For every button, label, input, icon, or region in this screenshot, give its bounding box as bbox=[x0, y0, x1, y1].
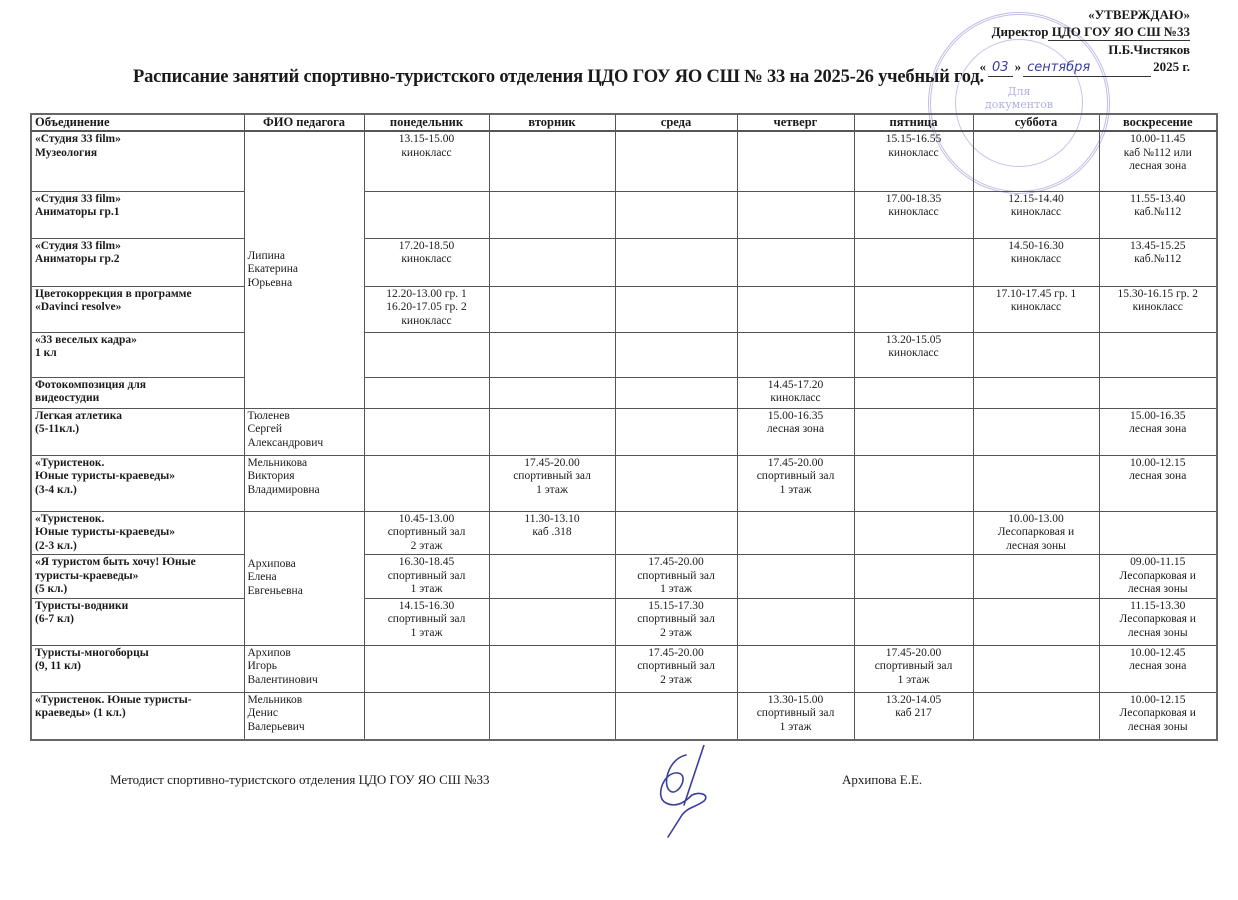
approval-heading: «УТВЕРЖДАЮ» bbox=[980, 6, 1190, 23]
table-row: «Туристенок. Юные туристы-краеведы» (2-3… bbox=[31, 511, 1217, 555]
schedule-slot-sunday bbox=[1099, 511, 1217, 555]
schedule-slot-friday: 13.20-14.05 каб 217 bbox=[854, 692, 973, 740]
schedule-slot-sunday: 11.15-13.30 Лесопарковая и лесная зоны bbox=[1099, 598, 1217, 645]
column-header-teacher: ФИО педагога bbox=[244, 114, 364, 131]
schedule-slot-wednesday bbox=[615, 511, 737, 555]
schedule-slot-sunday: 10.00-12.15 Лесопарковая и лесная зоны bbox=[1099, 692, 1217, 740]
schedule-slot-saturday: 10.00-13.00 Лесопарковая и лесная зоны bbox=[973, 511, 1099, 555]
teacher-cell: Архипов Игорь Валентинович bbox=[244, 645, 364, 692]
schedule-slot-tuesday: 11.30-13.10 каб .318 bbox=[489, 511, 615, 555]
association-cell: «Студия 33 film» Аниматоры гр.1 bbox=[31, 191, 244, 238]
schedule-slot-monday bbox=[364, 332, 489, 377]
schedule-slot-tuesday: 17.45-20.00 спортивный зал 1 этаж bbox=[489, 455, 615, 511]
schedule-slot-sunday: 15.00-16.35 лесная зона bbox=[1099, 408, 1217, 455]
teacher-cell: Тюленев Сергей Александрович bbox=[244, 408, 364, 455]
table-row: «Студия 33 film» МузеологияЛипина Екатер… bbox=[31, 131, 1217, 191]
schedule-slot-thursday: 14.45-17.20 кинокласс bbox=[737, 377, 854, 408]
schedule-slot-thursday: 13.30-15.00 спортивный зал 1 этаж bbox=[737, 692, 854, 740]
schedule-slot-sunday: 10.00-11.45 каб №112 или лесная зона bbox=[1099, 131, 1217, 191]
schedule-slot-friday: 17.00-18.35 кинокласс bbox=[854, 191, 973, 238]
schedule-slot-tuesday bbox=[489, 555, 615, 599]
schedule-slot-saturday: 12.15-14.40 кинокласс bbox=[973, 191, 1099, 238]
association-cell: «Туристенок. Юные туристы-краеведы» (3-4… bbox=[31, 455, 244, 511]
schedule-slot-monday bbox=[364, 191, 489, 238]
schedule-slot-thursday bbox=[737, 238, 854, 286]
schedule-slot-sunday bbox=[1099, 332, 1217, 377]
schedule-slot-tuesday bbox=[489, 191, 615, 238]
schedule-slot-monday: 16.30-18.45 спортивный зал 1 этаж bbox=[364, 555, 489, 599]
schedule-slot-friday bbox=[854, 408, 973, 455]
column-header-tuesday: вторник bbox=[489, 114, 615, 131]
approval-block: «УТВЕРЖДАЮ» Директор ЦДО ГОУ ЯО СШ №33 П… bbox=[980, 6, 1190, 77]
column-header-association: Объединение bbox=[31, 114, 244, 131]
schedule-slot-saturday bbox=[973, 455, 1099, 511]
schedule-slot-sunday: 10.00-12.45 лесная зона bbox=[1099, 645, 1217, 692]
approval-position: Директор ЦДО ГОУ ЯО СШ №33 bbox=[980, 23, 1190, 40]
schedule-slot-thursday bbox=[737, 332, 854, 377]
schedule-slot-thursday bbox=[737, 598, 854, 645]
schedule-slot-wednesday bbox=[615, 692, 737, 740]
footer-methodist: Методист спортивно-туристского отделения… bbox=[110, 772, 490, 788]
column-header-sunday: воскресение bbox=[1099, 114, 1217, 131]
schedule-slot-sunday bbox=[1099, 377, 1217, 408]
schedule-slot-wednesday bbox=[615, 455, 737, 511]
stamp-center-text: Для документов bbox=[931, 85, 1107, 111]
schedule-slot-saturday bbox=[973, 408, 1099, 455]
schedule-slot-saturday: 17.10-17.45 гр. 1 кинокласс bbox=[973, 286, 1099, 332]
schedule-slot-thursday bbox=[737, 645, 854, 692]
date-close-quote: » bbox=[1015, 58, 1022, 75]
table-body: «Студия 33 film» МузеологияЛипина Екатер… bbox=[31, 131, 1217, 740]
schedule-slot-saturday bbox=[973, 377, 1099, 408]
table-row: «Студия 33 film» Аниматоры гр.117.00-18.… bbox=[31, 191, 1217, 238]
schedule-slot-tuesday bbox=[489, 377, 615, 408]
schedule-slot-friday: 15.15-16.55 кинокласс bbox=[854, 131, 973, 191]
teacher-cell: Архипова Елена Евгеньевна bbox=[244, 511, 364, 645]
association-cell: Цветокоррекция в программе «Davinci reso… bbox=[31, 286, 244, 332]
schedule-slot-monday bbox=[364, 408, 489, 455]
association-cell: «Студия 33 film» Музеология bbox=[31, 131, 244, 191]
schedule-slot-monday: 13.15-15.00 кинокласс bbox=[364, 131, 489, 191]
schedule-slot-wednesday: 17.45-20.00 спортивный зал 2 этаж bbox=[615, 645, 737, 692]
signature-icon bbox=[648, 745, 728, 840]
schedule-slot-tuesday bbox=[489, 645, 615, 692]
schedule-slot-tuesday bbox=[489, 332, 615, 377]
schedule-slot-monday bbox=[364, 455, 489, 511]
schedule-slot-wednesday bbox=[615, 332, 737, 377]
schedule-slot-thursday bbox=[737, 191, 854, 238]
schedule-slot-wednesday bbox=[615, 238, 737, 286]
schedule-slot-friday bbox=[854, 598, 973, 645]
schedule-slot-sunday: 15.30-16.15 гр. 2 кинокласс bbox=[1099, 286, 1217, 332]
approval-signer: П.Б.Чистяков bbox=[1048, 40, 1190, 58]
schedule-slot-tuesday bbox=[489, 131, 615, 191]
schedule-slot-saturday bbox=[973, 131, 1099, 191]
association-cell: Легкая атлетика (5-11кл.) bbox=[31, 408, 244, 455]
schedule-slot-friday bbox=[854, 511, 973, 555]
column-header-wednesday: среда bbox=[615, 114, 737, 131]
schedule-slot-saturday bbox=[973, 645, 1099, 692]
schedule-slot-monday bbox=[364, 645, 489, 692]
table-row: Фотокомпозиция для видеостудии14.45-17.2… bbox=[31, 377, 1217, 408]
footer-methodist-name: Архипова Е.Е. bbox=[842, 772, 922, 788]
schedule-slot-tuesday bbox=[489, 238, 615, 286]
schedule-slot-friday bbox=[854, 555, 973, 599]
column-header-saturday: суббота bbox=[973, 114, 1099, 131]
schedule-slot-saturday: 14.50-16.30 кинокласс bbox=[973, 238, 1099, 286]
schedule-slot-monday: 17.20-18.50 кинокласс bbox=[364, 238, 489, 286]
schedule-slot-tuesday bbox=[489, 286, 615, 332]
approval-date: « 03 » сентября 2025 г. bbox=[980, 58, 1190, 77]
association-cell: «Туристенок. Юные туристы-краеведы» (2-3… bbox=[31, 511, 244, 555]
schedule-slot-tuesday bbox=[489, 692, 615, 740]
schedule-slot-friday bbox=[854, 455, 973, 511]
schedule-slot-friday: 13.20-15.05 кинокласс bbox=[854, 332, 973, 377]
table-row: Легкая атлетика (5-11кл.)Тюленев Сергей … bbox=[31, 408, 1217, 455]
schedule-slot-saturday bbox=[973, 332, 1099, 377]
association-cell: Фотокомпозиция для видеостудии bbox=[31, 377, 244, 408]
association-cell: «Студия 33 film» Аниматоры гр.2 bbox=[31, 238, 244, 286]
schedule-slot-sunday: 13.45-15.25 каб.№112 bbox=[1099, 238, 1217, 286]
table-row: «Я туристом быть хочу! Юные туристы-крае… bbox=[31, 555, 1217, 599]
page-title: Расписание занятий спортивно-туристского… bbox=[133, 67, 984, 88]
stamp-line-2: документов bbox=[931, 98, 1107, 111]
schedule-slot-monday: 14.15-16.30 спортивный зал 1 этаж bbox=[364, 598, 489, 645]
teacher-cell: Мельникова Виктория Владимировна bbox=[244, 455, 364, 511]
association-cell: «Я туристом быть хочу! Юные туристы-крае… bbox=[31, 555, 244, 599]
schedule-slot-thursday: 15.00-16.35 лесная зона bbox=[737, 408, 854, 455]
schedule-slot-sunday: 09.00-11.15 Лесопарковая и лесная зоны bbox=[1099, 555, 1217, 599]
schedule-slot-wednesday bbox=[615, 286, 737, 332]
schedule-slot-thursday bbox=[737, 286, 854, 332]
schedule-slot-friday bbox=[854, 286, 973, 332]
schedule-slot-saturday bbox=[973, 555, 1099, 599]
table-row: Цветокоррекция в программе «Davinci reso… bbox=[31, 286, 1217, 332]
table-row: Туристы-водники (6-7 кл)14.15-16.30 спор… bbox=[31, 598, 1217, 645]
table-row: «33 веселых кадра» 1 кл13.20-15.05 кинок… bbox=[31, 332, 1217, 377]
schedule-slot-friday bbox=[854, 238, 973, 286]
schedule-slot-thursday bbox=[737, 131, 854, 191]
schedule-slot-tuesday bbox=[489, 598, 615, 645]
schedule-slot-friday: 17.45-20.00 спортивный зал 1 этаж bbox=[854, 645, 973, 692]
schedule-slot-saturday bbox=[973, 598, 1099, 645]
schedule-slot-tuesday bbox=[489, 408, 615, 455]
schedule-slot-sunday: 11.55-13.40 каб.№112 bbox=[1099, 191, 1217, 238]
date-year: 2025 г. bbox=[1153, 58, 1190, 75]
teacher-cell: Мельников Денис Валерьевич bbox=[244, 692, 364, 740]
teacher-cell: Липина Екатерина Юрьевна bbox=[244, 131, 364, 408]
schedule-slot-monday bbox=[364, 692, 489, 740]
schedule-slot-monday: 10.45-13.00 спортивный зал 2 этаж bbox=[364, 511, 489, 555]
schedule-slot-wednesday bbox=[615, 131, 737, 191]
table-row: «Туристенок. Юные туристы-краеведы» (3-4… bbox=[31, 455, 1217, 511]
schedule-slot-monday: 12.20-13.00 гр. 1 16.20-17.05 гр. 2 кино… bbox=[364, 286, 489, 332]
date-day-handwritten: 03 bbox=[988, 59, 1013, 77]
date-month-handwritten: сентября bbox=[1023, 59, 1151, 77]
schedule-slot-wednesday: 17.45-20.00 спортивный зал 1 этаж bbox=[615, 555, 737, 599]
table-header-row: ОбъединениеФИО педагогапонедельниквторни… bbox=[31, 114, 1217, 131]
association-cell: Туристы-многоборцы (9, 11 кл) bbox=[31, 645, 244, 692]
association-cell: Туристы-водники (6-7 кл) bbox=[31, 598, 244, 645]
schedule-slot-sunday: 10.00-12.15 лесная зона bbox=[1099, 455, 1217, 511]
association-cell: «Туристенок. Юные туристы- краеведы» (1 … bbox=[31, 692, 244, 740]
schedule-slot-friday bbox=[854, 377, 973, 408]
schedule-slot-thursday bbox=[737, 555, 854, 599]
schedule-slot-monday bbox=[364, 377, 489, 408]
table-row: «Туристенок. Юные туристы- краеведы» (1 … bbox=[31, 692, 1217, 740]
column-header-monday: понедельник bbox=[364, 114, 489, 131]
schedule-slot-wednesday bbox=[615, 191, 737, 238]
table-row: «Студия 33 film» Аниматоры гр.217.20-18.… bbox=[31, 238, 1217, 286]
schedule-slot-saturday bbox=[973, 692, 1099, 740]
schedule-slot-wednesday bbox=[615, 377, 737, 408]
schedule-table: ОбъединениеФИО педагогапонедельниквторни… bbox=[30, 113, 1218, 741]
table-row: Туристы-многоборцы (9, 11 кл)Архипов Иго… bbox=[31, 645, 1217, 692]
schedule-slot-thursday bbox=[737, 511, 854, 555]
schedule-slot-wednesday: 15.15-17.30 спортивный зал 2 этаж bbox=[615, 598, 737, 645]
column-header-thursday: четверг bbox=[737, 114, 854, 131]
column-header-friday: пятница bbox=[854, 114, 973, 131]
association-cell: «33 веселых кадра» 1 кл bbox=[31, 332, 244, 377]
schedule-slot-thursday: 17.45-20.00 спортивный зал 1 этаж bbox=[737, 455, 854, 511]
schedule-slot-wednesday bbox=[615, 408, 737, 455]
